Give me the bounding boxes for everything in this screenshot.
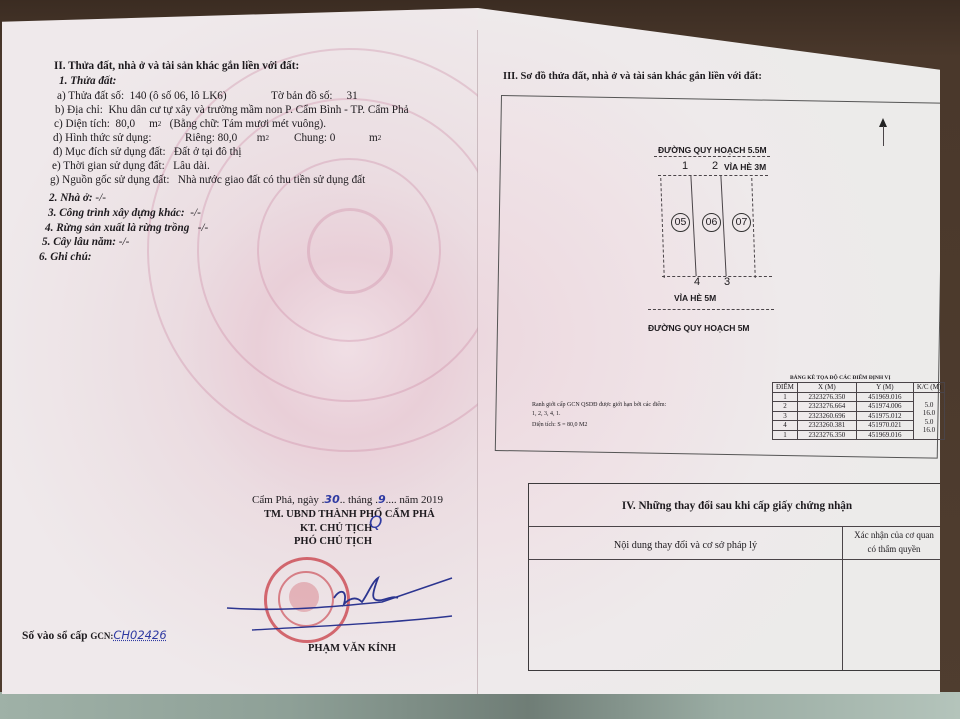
coords-point: 1 xyxy=(773,392,798,402)
changes-header-divider xyxy=(529,559,940,560)
area-unit: m xyxy=(149,118,158,130)
point-3-label: 3 xyxy=(724,276,730,289)
parcel-number-value: 140 (ô số 06, lô LK6) xyxy=(130,90,227,102)
changes-title-divider xyxy=(529,526,940,527)
item4-planted-forest: 4. Rừng sản xuất là rừng trồng -/- xyxy=(45,222,208,235)
item2-house: 2. Nhà ở: -/- xyxy=(49,192,106,205)
table-row: 1 2323276.350 451969.016 5.0 16.0 5.0 16… xyxy=(773,392,945,402)
distance-4-1: 16.0 xyxy=(917,426,941,435)
usage-purpose-value: Đất ở tại đô thị xyxy=(174,146,241,158)
coords-point: 2 xyxy=(773,402,798,412)
lot-05-badge: 05 xyxy=(671,213,690,232)
item5-perennial-trees: 5. Cây lâu năm: -/- xyxy=(42,236,129,249)
item2-label: 2. Nhà ở: xyxy=(49,192,93,204)
usage-shared-value: Chung: 0 xyxy=(294,132,335,144)
sidewalk-bottom-edge xyxy=(662,276,772,277)
coords-x: 2323276.350 xyxy=(797,430,856,440)
item5-value: -/- xyxy=(119,236,130,248)
item3-value: -/- xyxy=(190,207,201,219)
coords-point: 3 xyxy=(773,411,798,421)
registry-number: Số vào sổ cấp GCN:CH02426 xyxy=(22,629,167,643)
item4-value: -/- xyxy=(198,222,209,234)
area-note: Diện tích: S = 80,0 M2 xyxy=(532,422,587,429)
parcel-number-row: a) Thửa đất số: 140 (ô số 06, lô LK6) xyxy=(57,90,227,103)
changes-table-title: IV. Những thay đổi sau khi cấp giấy chứn… xyxy=(529,500,940,513)
usage-shared-unit: m2 xyxy=(369,132,381,145)
signing-day: 30 xyxy=(324,493,339,506)
address-value: Khu dân cư tự xây và trường mầm non P. C… xyxy=(108,104,408,116)
signing-date: Cẩm Phả, ngày .30.. tháng .9.... năm 201… xyxy=(252,493,443,507)
coords-y: 451970.021 xyxy=(856,421,913,431)
coords-x: 2323260.696 xyxy=(797,411,856,421)
boundary-note: Ranh giới cấp GCN QSDĐ được giới hạn bởi… xyxy=(532,402,666,409)
north-arrow-shaft xyxy=(883,126,884,146)
address-row: b) Địa chỉ: Khu dân cư tự xây và trường … xyxy=(55,104,409,117)
item3-label: 3. Công trình xây dựng khác: xyxy=(48,207,185,219)
road-bottom-edge xyxy=(648,309,774,310)
usage-shared: Chung: 0 xyxy=(294,132,335,145)
sidewalk-top-edge xyxy=(658,175,768,176)
road-top-edge xyxy=(654,156,770,157)
coords-table-title: BẢNG KÊ TỌA ĐỘ CÁC ĐIỂM ĐỊNH VỊ xyxy=(790,375,891,382)
signer-name: PHẠM VĂN KÍNH xyxy=(308,642,396,655)
coords-x: 2323276.664 xyxy=(797,402,856,412)
item5-label: 5. Cây lâu năm: xyxy=(42,236,116,248)
usage-term-label: e) Thời gian sử dụng đất: xyxy=(52,160,165,172)
usage-purpose-label: đ) Mục đích sử dụng đất: xyxy=(53,146,166,158)
area-value: 80,0 xyxy=(116,118,136,130)
coords-y: 451974.006 xyxy=(856,402,913,412)
item6-notes: 6. Ghi chú: xyxy=(39,251,92,264)
coords-x: 2323276.350 xyxy=(797,392,856,402)
section3-title: III. Sơ đồ thửa đất, nhà ở và tài sản kh… xyxy=(503,70,762,83)
map-sheet-label: Tờ bản đồ số: xyxy=(271,90,333,102)
usage-private-unit: m xyxy=(257,132,266,144)
map-sheet-row: Tờ bản đồ số: 31 xyxy=(271,90,358,103)
coords-header-y: Y (M) xyxy=(856,383,913,393)
coords-point: 1 xyxy=(773,430,798,440)
coords-header-distance: K/C (M) xyxy=(913,383,944,393)
issuing-organization: TM. UBND THÀNH PHỐ CẨM PHẢ xyxy=(264,508,435,521)
boundary-points-note: 1, 2, 3, 4, 1. xyxy=(532,411,561,418)
area-label: c) Diện tích: xyxy=(54,118,110,130)
usage-private-value: Riêng: 80,0 xyxy=(185,132,237,144)
certificate-right-page: III. Sơ đồ thửa đất, nhà ở và tài sản kh… xyxy=(478,8,940,694)
signing-place: Cẩm Phả, ngày xyxy=(252,494,319,506)
coords-x: 2323260.381 xyxy=(797,421,856,431)
sidewalk-bottom-label: VỈA HÈ 5M xyxy=(674,292,716,305)
usage-purpose-row: đ) Mục đích sử dụng đất: Đất ở tại đô th… xyxy=(53,146,241,159)
changes-col-content-header: Nội dung thay đổi và cơ sở pháp lý xyxy=(529,539,842,552)
distance-3-4: 5.0 xyxy=(917,418,941,427)
item3-other-construction: 3. Công trình xây dựng khác: -/- xyxy=(48,207,201,220)
coords-header-point: ĐIỂM xyxy=(773,383,798,393)
item4-label: 4. Rừng sản xuất là rừng trồng xyxy=(45,222,189,234)
usage-form-row: d) Hình thức sử dụng: xyxy=(53,132,152,145)
changes-table: IV. Những thay đổi sau khi cấp giấy chứn… xyxy=(528,483,940,671)
changes-col-confirm-header-2: có thẩm quyền xyxy=(843,543,940,556)
signer-role-2: PHÓ CHỦ TỊCH xyxy=(294,535,372,548)
registry-gcn-label: GCN: xyxy=(90,631,113,641)
distance-2-3: 16.0 xyxy=(917,409,941,418)
table-surface xyxy=(0,692,960,719)
map-sheet-value: 31 xyxy=(347,90,358,102)
coordinates-table: ĐIỂM X (M) Y (M) K/C (M) 1 2323276.350 4… xyxy=(772,382,945,440)
usage-term-row: e) Thời gian sử dụng đất: Lâu dài. xyxy=(52,160,210,173)
origin-label: g) Nguồn gốc sử dụng đất: xyxy=(50,174,169,186)
signature xyxy=(222,568,462,638)
coords-y: 451969.016 xyxy=(856,430,913,440)
signing-month-label: tháng xyxy=(348,494,372,506)
usage-form-label: d) Hình thức sử dụng: xyxy=(53,132,152,144)
point-4-label: 4 xyxy=(694,276,700,289)
coords-distances: 5.0 16.0 5.0 16.0 xyxy=(913,392,944,440)
parcel-number-label: a) Thửa đất số: xyxy=(57,90,124,102)
certificate-left-page: II. Thửa đất, nhà ở và tài sản khác gắn … xyxy=(2,8,478,694)
coords-y: 451975.012 xyxy=(856,411,913,421)
usage-private: Riêng: 80,0 m2 xyxy=(185,132,269,145)
area-row: c) Diện tích: 80,0 m2 (Bằng chữ: Tám mươ… xyxy=(54,118,326,131)
registry-value: CH02426 xyxy=(113,628,166,642)
handwritten-initial: Q xyxy=(369,517,382,530)
origin-value: Nhà nước giao đất có thu tiền sử dụng đấ… xyxy=(178,174,365,186)
point-1-label: 1 xyxy=(682,160,688,173)
distance-1-2: 5.0 xyxy=(917,401,941,410)
coords-point: 4 xyxy=(773,421,798,431)
changes-col-confirm-header-1: Xác nhận của cơ quan xyxy=(843,529,940,542)
registry-label: Số vào sổ cấp xyxy=(22,630,88,642)
address-label: b) Địa chỉ: xyxy=(55,104,103,116)
coords-header-x: X (M) xyxy=(797,383,856,393)
signer-role-1: KT. CHỦ TỊCH xyxy=(300,522,372,535)
point-2-label: 2 xyxy=(712,160,718,173)
coords-y: 451969.016 xyxy=(856,392,913,402)
signing-month: 9 xyxy=(378,493,386,506)
lot-07-badge: 07 xyxy=(732,213,751,232)
section2-title: II. Thửa đất, nhà ở và tài sản khác gắn … xyxy=(54,60,299,73)
road-bottom-label: ĐƯỜNG QUY HOẠCH 5M xyxy=(648,322,750,335)
item2-value: -/- xyxy=(95,192,106,204)
signing-year: năm 2019 xyxy=(399,494,443,506)
origin-row: g) Nguồn gốc sử dụng đất: Nhà nước giao … xyxy=(50,174,365,187)
sidewalk-top-label: VỈA HÈ 3M xyxy=(724,161,766,174)
usage-term-value: Lâu dài. xyxy=(173,160,210,172)
item1-title: 1. Thửa đất: xyxy=(59,75,116,88)
area-in-words: (Bằng chữ: Tám mươi mét vuông). xyxy=(170,118,326,130)
usage-shared-unit-text: m xyxy=(369,132,378,144)
lot-06-badge: 06 xyxy=(702,213,721,232)
drum-watermark-star xyxy=(307,208,393,294)
